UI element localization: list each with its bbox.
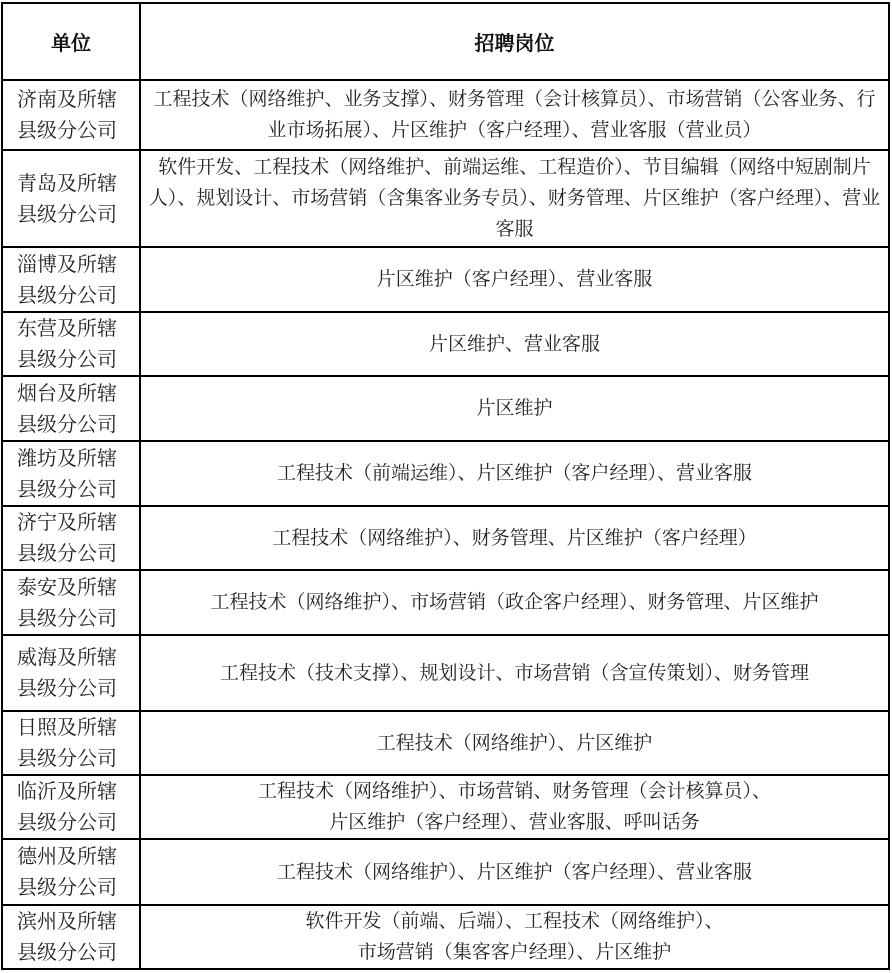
positions-cell: 片区维护、营业客服	[140, 312, 889, 376]
table-row: 济宁及所辖县级分公司 工程技术（网络维护）、财务管理、片区维护（客户经理）	[2, 506, 889, 570]
unit-cell: 济南及所辖县级分公司	[2, 80, 140, 150]
table-row: 临沂及所辖县级分公司 工程技术（网络维护）、市场营销、财务管理（会计核算员）、片…	[2, 775, 889, 839]
unit-cell: 淄博及所辖县级分公司	[2, 247, 140, 312]
unit-cell: 烟台及所辖县级分公司	[2, 376, 140, 441]
table-row: 烟台及所辖县级分公司 片区维护	[2, 376, 889, 441]
unit-line: 青岛及所辖	[17, 168, 139, 199]
unit-line: 县级分公司	[17, 872, 139, 903]
positions-cell: 工程技术（网络维护、业务支撑）、财务管理（会计核算员）、市场营销（公客业务、行业…	[140, 80, 889, 150]
unit-cell: 泰安及所辖县级分公司	[2, 570, 140, 635]
unit-line: 县级分公司	[17, 673, 139, 704]
unit-line: 县级分公司	[17, 603, 139, 634]
unit-cell: 潍坊及所辖县级分公司	[2, 441, 140, 506]
unit-cell: 德州及所辖县级分公司	[2, 839, 140, 905]
unit-line: 东营及所辖	[17, 313, 139, 344]
positions-cell: 软件开发、工程技术（网络维护、前端运维、工程造价）、节目编辑（网络中短剧制片人）…	[140, 150, 889, 247]
unit-cell: 威海及所辖县级分公司	[2, 635, 140, 711]
positions-line: 工程技术（网络维护）、市场营销、财务管理（会计核算员）、	[145, 776, 884, 807]
unit-cell: 济宁及所辖县级分公司	[2, 506, 140, 570]
unit-line: 县级分公司	[17, 409, 139, 440]
positions-cell: 软件开发（前端、后端）、工程技术（网络维护）、市场营销（集客客户经理）、片区维护	[140, 905, 889, 969]
positions-cell: 工程技术（网络维护）、市场营销、财务管理（会计核算员）、片区维护（客户经理）、营…	[140, 775, 889, 839]
header-row: 单位 招聘岗位	[2, 3, 889, 80]
table-row: 威海及所辖县级分公司 工程技术（技术支撑）、规划设计、市场营销（含宣传策划）、财…	[2, 635, 889, 711]
positions-cell: 工程技术（网络维护）、财务管理、片区维护（客户经理）	[140, 506, 889, 570]
recruitment-table: 单位 招聘岗位 济南及所辖县级分公司 工程技术（网络维护、业务支撑）、财务管理（…	[1, 2, 890, 970]
unit-cell: 东营及所辖县级分公司	[2, 312, 140, 376]
positions-cell: 工程技术（前端运维）、片区维护（客户经理）、营业客服	[140, 441, 889, 506]
positions-line: 市场营销（集客客户经理）、片区维护	[145, 937, 884, 968]
unit-line: 县级分公司	[17, 115, 139, 146]
unit-line: 泰安及所辖	[17, 572, 139, 603]
positions-cell: 片区维护（客户经理）、营业客服	[140, 247, 889, 312]
table-row: 淄博及所辖县级分公司 片区维护（客户经理）、营业客服	[2, 247, 889, 312]
positions-cell: 工程技术（网络维护）、市场营销（政企客户经理）、财务管理、片区维护	[140, 570, 889, 635]
unit-line: 县级分公司	[17, 937, 139, 968]
unit-line: 县级分公司	[17, 474, 139, 505]
unit-line: 县级分公司	[17, 280, 139, 311]
table-row: 滨州及所辖县级分公司 软件开发（前端、后端）、工程技术（网络维护）、市场营销（集…	[2, 905, 889, 969]
unit-line: 济南及所辖	[17, 84, 139, 115]
header-unit: 单位	[2, 3, 140, 80]
unit-line: 日照及所辖	[17, 712, 139, 743]
unit-line: 县级分公司	[17, 743, 139, 774]
header-positions: 招聘岗位	[140, 3, 889, 80]
unit-cell: 临沂及所辖县级分公司	[2, 775, 140, 839]
unit-line: 临沂及所辖	[17, 776, 139, 807]
unit-line: 威海及所辖	[17, 642, 139, 673]
unit-line: 济宁及所辖	[17, 507, 139, 538]
table-row: 东营及所辖县级分公司 片区维护、营业客服	[2, 312, 889, 376]
unit-line: 县级分公司	[17, 344, 139, 375]
table-row: 济南及所辖县级分公司 工程技术（网络维护、业务支撑）、财务管理（会计核算员）、市…	[2, 80, 889, 150]
positions-cell: 工程技术（网络维护）、片区维护	[140, 711, 889, 775]
unit-line: 县级分公司	[17, 807, 139, 838]
table-row: 德州及所辖县级分公司 工程技术（网络维护）、片区维护（客户经理）、营业客服	[2, 839, 889, 905]
unit-line: 县级分公司	[17, 538, 139, 569]
table-row: 潍坊及所辖县级分公司 工程技术（前端运维）、片区维护（客户经理）、营业客服	[2, 441, 889, 506]
positions-cell: 工程技术（网络维护）、片区维护（客户经理）、营业客服	[140, 839, 889, 905]
unit-cell: 滨州及所辖县级分公司	[2, 905, 140, 969]
unit-line: 县级分公司	[17, 199, 139, 230]
unit-cell: 日照及所辖县级分公司	[2, 711, 140, 775]
unit-line: 烟台及所辖	[17, 378, 139, 409]
table-row: 青岛及所辖县级分公司 软件开发、工程技术（网络维护、前端运维、工程造价）、节目编…	[2, 150, 889, 247]
positions-line: 片区维护（客户经理）、营业客服、呼叫话务	[145, 807, 884, 838]
unit-line: 潍坊及所辖	[17, 443, 139, 474]
positions-cell: 工程技术（技术支撑）、规划设计、市场营销（含宣传策划）、财务管理	[140, 635, 889, 711]
positions-cell: 片区维护	[140, 376, 889, 441]
unit-line: 淄博及所辖	[17, 249, 139, 280]
positions-line: 软件开发（前端、后端）、工程技术（网络维护）、	[145, 906, 884, 937]
table-row: 泰安及所辖县级分公司 工程技术（网络维护）、市场营销（政企客户经理）、财务管理、…	[2, 570, 889, 635]
unit-cell: 青岛及所辖县级分公司	[2, 150, 140, 247]
table-row: 日照及所辖县级分公司 工程技术（网络维护）、片区维护	[2, 711, 889, 775]
unit-line: 德州及所辖	[17, 841, 139, 872]
unit-line: 滨州及所辖	[17, 906, 139, 937]
